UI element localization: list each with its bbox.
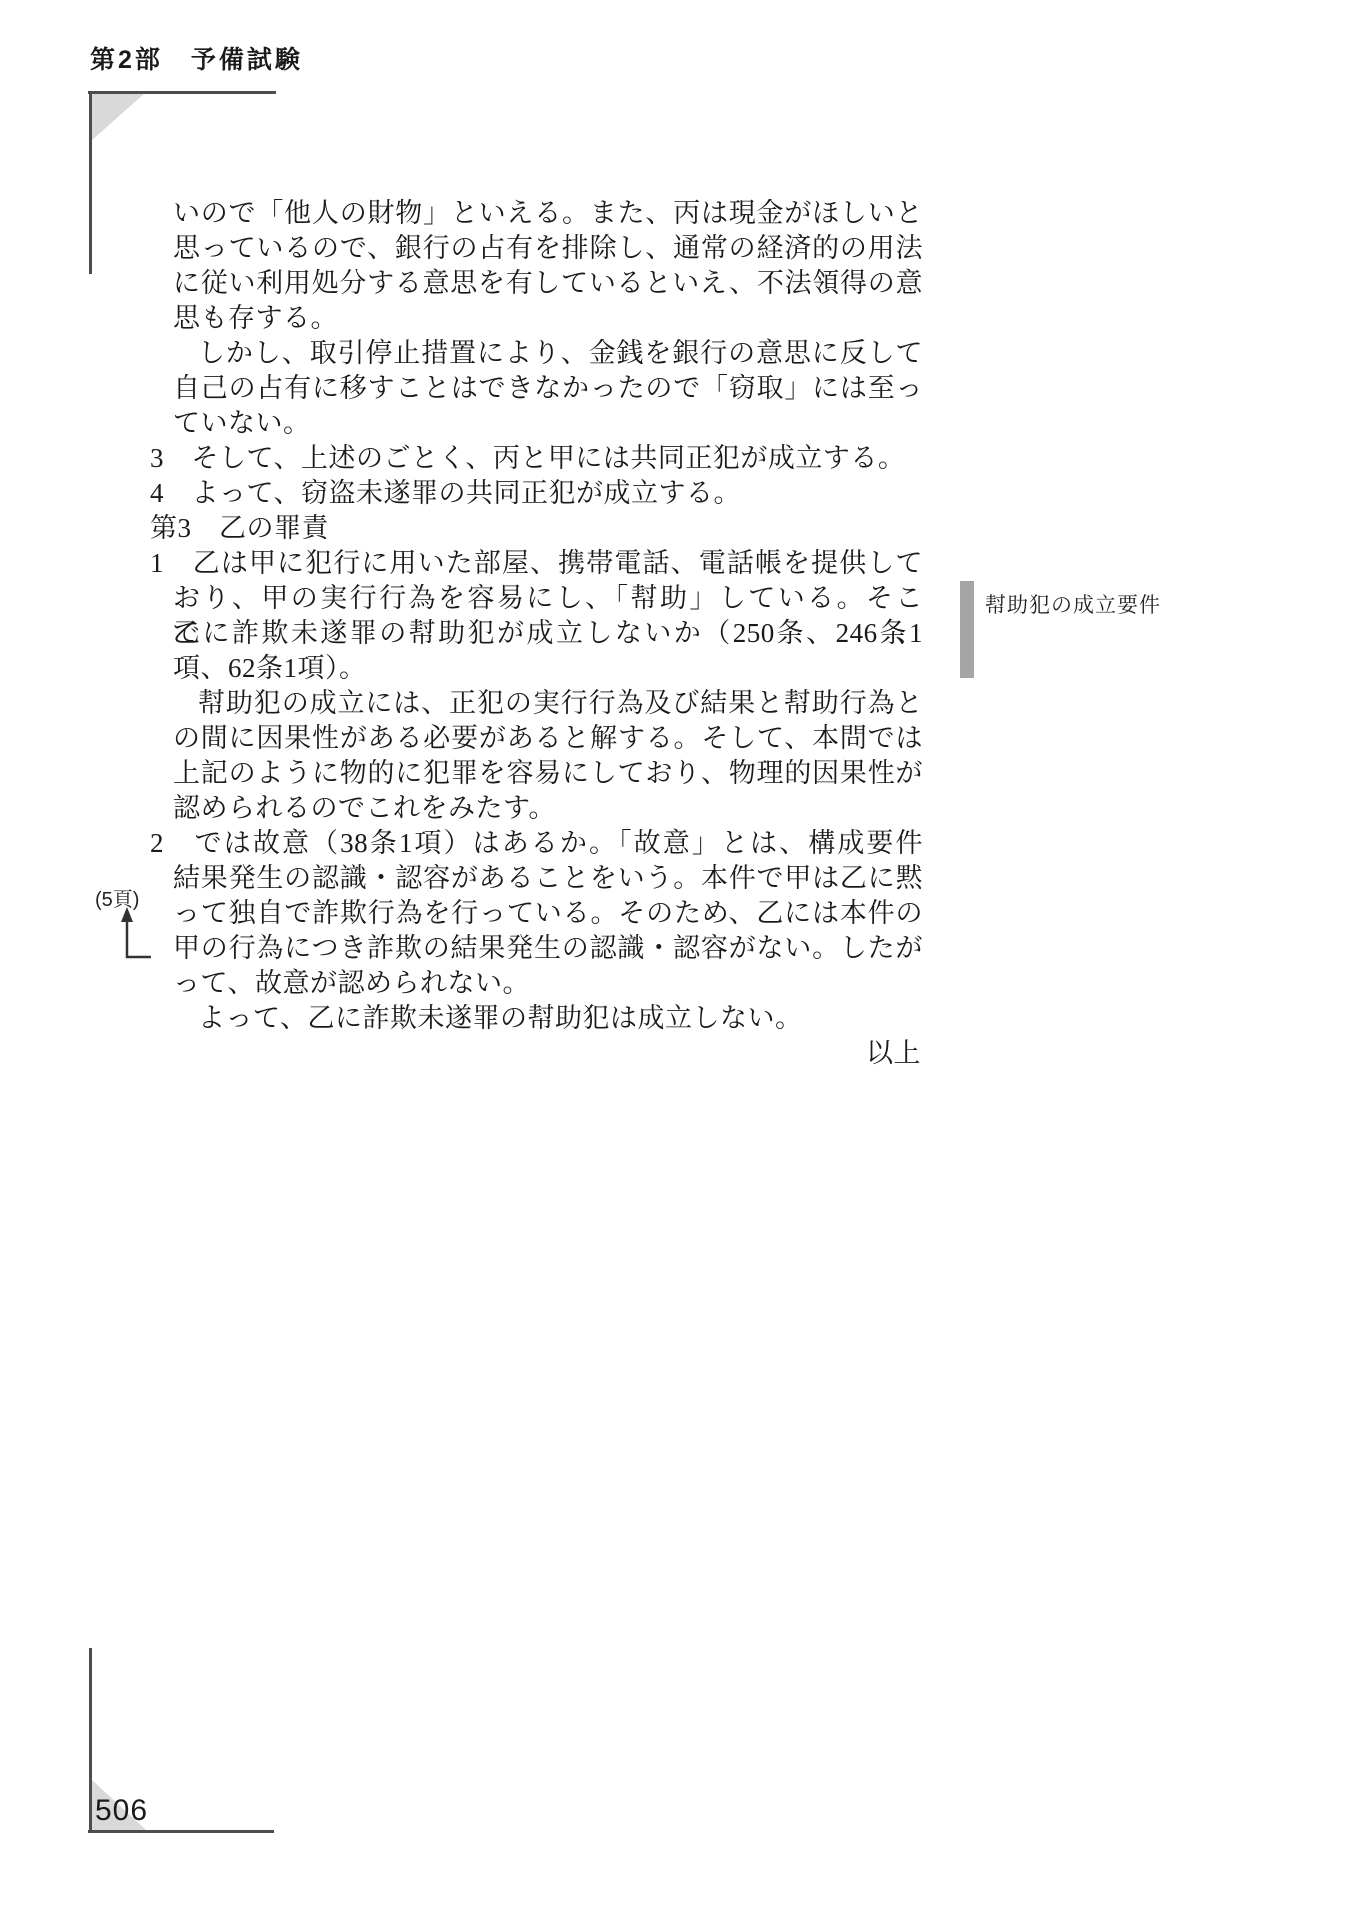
body-line-numbered: 2 では故意（38条1項）はあるか。「故意」とは、構成要件 <box>150 826 923 861</box>
body-line: って独自で詐欺行為を行っている。そのため、乙には本件の <box>150 896 923 931</box>
body-line: しかし、取引停止措置により、金銭を銀行の意思に反して <box>150 336 923 371</box>
body-line: いので「他人の財物」といえる。また、丙は現金がほしいと <box>150 196 923 231</box>
end-mark: 以上 <box>150 1036 923 1071</box>
body-line: おり、甲の実行行為を容易にし、「幇助」している。そこで、 <box>150 581 923 616</box>
body-line: 結果発生の認識・認容があることをいう。本件で甲は乙に黙 <box>150 861 923 896</box>
body-line: 認められるのでこれをみたす。 <box>150 791 923 826</box>
body-line-numbered: 4 よって、窃盗未遂罪の共同正犯が成立する。 <box>150 476 923 511</box>
top-rule-vertical <box>89 91 92 274</box>
page-ref-arrow-icon <box>117 906 153 964</box>
page-header: 第2部 予備試験 <box>90 40 303 76</box>
body-line: 項、62条1項）。 <box>150 651 923 686</box>
body-line: よって、乙に詐欺未遂罪の幇助犯は成立しない。 <box>150 1001 923 1036</box>
body-line-numbered: 3 そして、上述のごとく、丙と甲には共同正犯が成立する。 <box>150 441 923 476</box>
top-corner-triangle <box>92 94 144 140</box>
body-line: 上記のように物的に犯罪を容易にしており、物理的因果性が <box>150 756 923 791</box>
body-line: 思も存する。 <box>150 301 923 336</box>
body-line: 自己の占有に移すことはできなかったので「窃取」には至っ <box>150 371 923 406</box>
body-line: 乙に詐欺未遂罪の幇助犯が成立しないか（250条、246条1 <box>150 616 923 651</box>
body-line: 甲の行為につき詐欺の結果発生の認識・認容がない。したが <box>150 931 923 966</box>
bottom-rule-horizontal <box>88 1830 274 1833</box>
page-number: 506 <box>95 1794 148 1828</box>
body-line-numbered: 1 乙は甲に犯行に用いた部屋、携帯電話、電話帳を提供して <box>150 546 923 581</box>
body-line: ていない。 <box>150 406 923 441</box>
body-line: 幇助犯の成立には、正犯の実行行為及び結果と幇助行為と <box>150 686 923 721</box>
top-rule-horizontal <box>88 91 276 94</box>
bottom-rule-vertical <box>89 1648 92 1833</box>
body-line: に従い利用処分する意思を有しているといえ、不法領得の意 <box>150 266 923 301</box>
book-page: 第2部 予備試験 いので「他人の財物」といえる。また、丙は現金がほしいと 思って… <box>0 0 1350 1920</box>
margin-note-right: 幇助犯の成立要件 <box>985 589 1161 619</box>
body-line: 思っているので、銀行の占有を排除し、通常の経済的の用法 <box>150 231 923 266</box>
body-line-heading: 第3 乙の罪責 <box>150 511 923 546</box>
body-line: って、故意が認められない。 <box>150 966 923 1001</box>
answer-text-body: いので「他人の財物」といえる。また、丙は現金がほしいと 思っているので、銀行の占… <box>150 196 923 1071</box>
margin-note-bar <box>960 581 974 678</box>
body-line: の間に因果性がある必要があると解する。そして、本問では <box>150 721 923 756</box>
